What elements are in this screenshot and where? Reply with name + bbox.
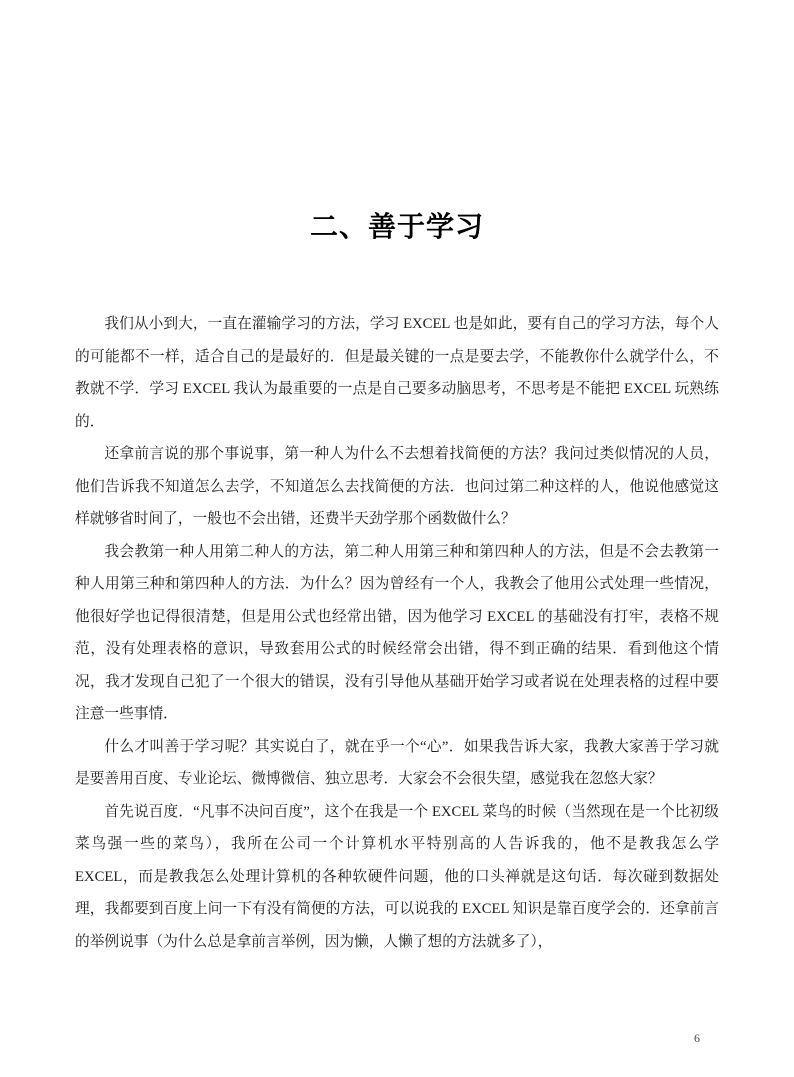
body-paragraph-4: 什么才叫善于学习呢？其实说白了，就在乎一个“心”．如果我告诉大家，我教大家善于学… <box>75 731 719 796</box>
page-number: 6 <box>694 1030 700 1046</box>
document-body: 我们从小到大，一直在灌输学习的方法，学习 EXCEL 也是如此，要有自己的学习方… <box>75 308 719 958</box>
body-paragraph-2: 还拿前言说的那个事说事，第一种人为什么不去想着找简便的方法？我问过类似情况的人员… <box>75 438 719 536</box>
body-paragraph-1: 我们从小到大，一直在灌输学习的方法，学习 EXCEL 也是如此，要有自己的学习方… <box>75 308 719 438</box>
body-paragraph-3: 我会教第一种人用第二种人的方法，第二种人用第三种和第四种人的方法，但是不会去教第… <box>75 536 719 731</box>
document-page: 二、善于学习 我们从小到大，一直在灌输学习的方法，学习 EXCEL 也是如此，要… <box>0 0 794 1077</box>
document-title: 二、善于学习 <box>0 207 794 247</box>
body-paragraph-5: 首先说百度．“凡事不决问百度”，这个在我是一个 EXCEL 菜鸟的时候（当然现在… <box>75 796 719 959</box>
